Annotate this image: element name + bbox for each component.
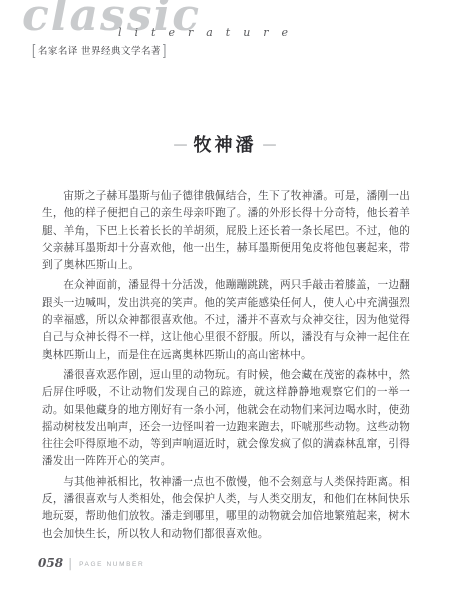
book-page: classic literature [ 名家名译 世界经典文学名著 ] —牧神… — [0, 0, 450, 600]
series-bracket-right: ] — [161, 41, 169, 59]
paragraph-3: 潘很喜欢恶作剧，逗山里的动物玩。有时候，他会藏在茂密的森林中，然后屏住呼吸，不让… — [42, 367, 410, 471]
brand-spread-literature: literature — [118, 26, 301, 39]
paragraph-4: 与其他神祇相比，牧神潘一点也不傲慢，他不会刻意与人类保持距离。相反，潘很喜欢与人… — [42, 474, 410, 543]
series-label: [ 名家名译 世界经典文学名著 ] — [30, 43, 169, 57]
chapter-title-text: 牧神潘 — [194, 135, 257, 156]
footer-caption: PAGE NUMBER — [79, 559, 144, 568]
chapter-title: —牧神潘— — [0, 131, 450, 157]
footer-divider: | — [68, 556, 72, 570]
title-dash-right: — — [257, 137, 283, 153]
title-dash-left: — — [168, 137, 194, 153]
paragraph-1: 宙斯之子赫耳墨斯与仙子德律俄佩结合，生下了牧神潘。可是，潘刚一出生，他的样子便把… — [42, 188, 410, 274]
series-bracket-left: [ — [30, 41, 38, 59]
page-footer: 058 | PAGE NUMBER — [38, 556, 144, 570]
body-text: 宙斯之子赫耳墨斯与仙子德律俄佩结合，生下了牧神潘。可是，潘刚一出生，他的样子便把… — [42, 188, 410, 546]
series-label-text: 名家名译 世界经典文学名著 — [38, 43, 161, 57]
paragraph-2: 在众神面前，潘显得十分活泼，他蹦蹦跳跳，两只手敲击着膝盖，一边翻跟头一边喊叫，发… — [42, 277, 410, 363]
page-number: 058 — [38, 556, 63, 570]
